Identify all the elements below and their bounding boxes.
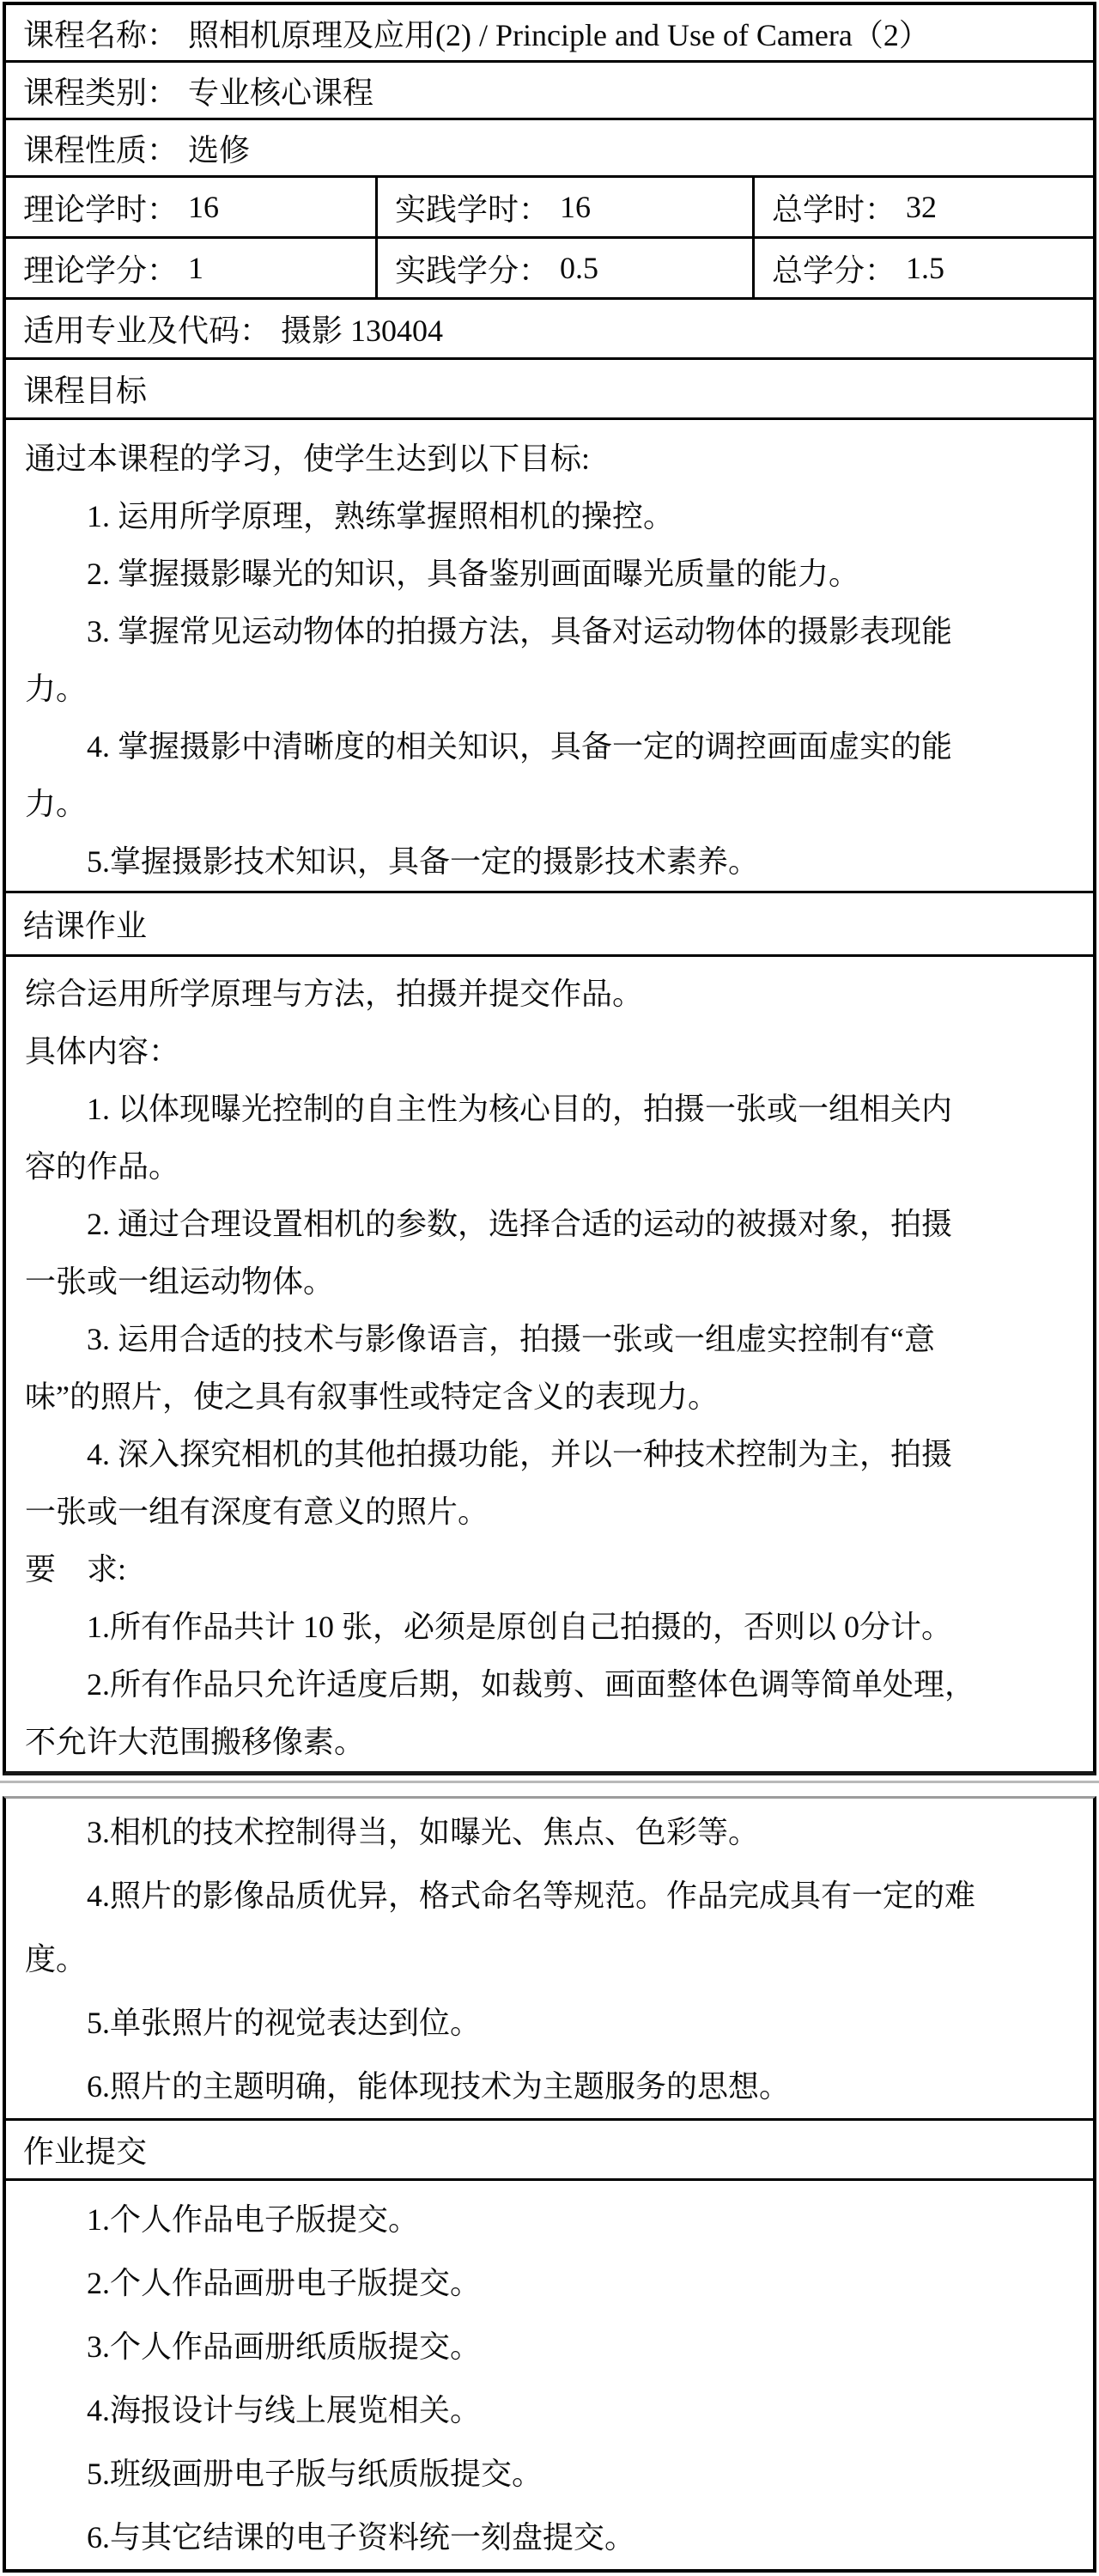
text-line: 3. 运用合适的技术与影像语言，拍摄一张或一组虚实控制有“意 xyxy=(25,1311,1074,1368)
text-line: 要 求: xyxy=(25,1541,1074,1599)
course-name-value: 照相机原理及应用(2) / Principle and Use of Camer… xyxy=(188,11,930,55)
text-line: 4. 掌握摄影中清晰度的相关知识，具备一定的调控画面虚实的能 xyxy=(25,718,1074,776)
final-assignment-content: 综合运用所学原理与方法，拍摄并提交作品。具体内容：1. 以体现曝光控制的自主性为… xyxy=(6,957,1093,1771)
practice-credits-cell: 实践学分： 0.5 xyxy=(375,239,752,297)
text-line: 一张或一组有深度有意义的照片。 xyxy=(25,1483,1074,1541)
submission-content: 1.个人作品电子版提交。2.个人作品画册电子版提交。3.个人作品画册纸质版提交。… xyxy=(6,2181,1093,2569)
theory-credits-label: 理论学分： xyxy=(23,247,178,290)
submission-header: 作业提交 xyxy=(23,2128,147,2171)
practice-hours-cell: 实践学时： 16 xyxy=(375,178,752,236)
text-line: 5.单张照片的视觉表达到位。 xyxy=(25,1991,1074,2055)
text-line: 容的作品。 xyxy=(25,1138,1074,1196)
syllabus-table-page-1: 课程名称： 照相机原理及应用(2) / Principle and Use of… xyxy=(3,2,1096,1775)
course-nature-value: 选修 xyxy=(188,126,250,170)
text-line: 通过本课程的学习，使学生达到以下目标: xyxy=(25,430,1074,488)
text-line: 2. 通过合理设置相机的参数，选择合适的运动的被摄对象，拍摄 xyxy=(25,1196,1074,1253)
syllabus-table-page-2: 3.相机的技术控制得当，如曝光、焦点、色彩等。4.照片的影像品质优异，格式命名等… xyxy=(3,1796,1096,2573)
text-line: 1.所有作品共计 10 张，必须是原创自己拍摄的，否则以 0分计。 xyxy=(25,1599,1074,1656)
text-line: 味”的照片，使之具有叙事性或特定含义的表现力。 xyxy=(25,1368,1074,1426)
text-line: 1.个人作品电子版提交。 xyxy=(25,2188,1074,2251)
text-line: 3. 掌握常见运动物体的拍摄方法，具备对运动物体的摄影表现能 xyxy=(25,603,1074,661)
text-line: 一张或一组运动物体。 xyxy=(25,1253,1074,1311)
course-objectives-header: 课程目标 xyxy=(23,367,147,411)
hours-row: 理论学时： 16 实践学时： 16 总学时： 32 xyxy=(6,178,1093,239)
applicable-major-label: 适用专业及代码： xyxy=(23,307,270,350)
text-line: 4.照片的影像品质优异，格式命名等规范。作品完成具有一定的难 xyxy=(25,1864,1074,1927)
applicable-major-row: 适用专业及代码： 摄影 130404 xyxy=(6,300,1093,360)
final-assignment-header: 结课作业 xyxy=(23,902,147,946)
theory-hours-value: 16 xyxy=(188,189,219,225)
course-nature-label: 课程性质： xyxy=(23,126,178,170)
practice-credits-label: 实践学分： xyxy=(395,247,549,290)
practice-hours-value: 16 xyxy=(560,189,591,225)
theory-credits-cell: 理论学分： 1 xyxy=(6,239,375,297)
course-category-label: 课程类别： xyxy=(23,69,178,113)
text-line: 不允许大范围搬移像素。 xyxy=(25,1714,1074,1771)
total-hours-label: 总学时： xyxy=(772,186,896,229)
submission-header-row: 作业提交 xyxy=(6,2121,1093,2181)
text-line: 4.海报设计与线上展览相关。 xyxy=(25,2378,1074,2442)
syllabus-page: 课程名称： 照相机原理及应用(2) / Principle and Use of… xyxy=(0,0,1099,2576)
course-name-label: 课程名称： xyxy=(23,11,178,55)
total-credits-value: 1.5 xyxy=(906,250,944,286)
text-line: 具体内容： xyxy=(25,1023,1074,1081)
total-credits-cell: 总学分： 1.5 xyxy=(752,239,1093,297)
text-line: 6.与其它结课的电子资料统一刻盘提交。 xyxy=(25,2506,1074,2569)
course-category-row: 课程类别： 专业核心课程 xyxy=(6,63,1093,120)
total-hours-cell: 总学时： 32 xyxy=(752,178,1093,236)
text-line: 1. 以体现曝光控制的自主性为核心目的，拍摄一张或一组相关内 xyxy=(25,1081,1074,1138)
text-line: 3.相机的技术控制得当，如曝光、焦点、色彩等。 xyxy=(25,1800,1074,1864)
theory-hours-cell: 理论学时： 16 xyxy=(6,178,375,236)
credits-row: 理论学分： 1 实践学分： 0.5 总学分： 1.5 xyxy=(6,239,1093,300)
total-credits-label: 总学分： xyxy=(772,247,896,290)
text-line: 2.个人作品画册电子版提交。 xyxy=(25,2251,1074,2315)
page-break-separator xyxy=(0,1775,1099,1796)
theory-credits-value: 1 xyxy=(188,250,203,286)
final-assignment-header-row: 结课作业 xyxy=(6,893,1093,957)
text-line: 1. 运用所学原理，熟练掌握照相机的操控。 xyxy=(25,488,1074,545)
text-line: 6.照片的主题明确，能体现技术为主题服务的思想。 xyxy=(25,2055,1074,2118)
text-line: 5.掌握摄影技术知识，具备一定的摄影技术素养。 xyxy=(25,833,1074,891)
total-hours-value: 32 xyxy=(906,189,937,225)
practice-credits-value: 0.5 xyxy=(560,250,598,286)
text-line: 5.班级画册电子版与纸质版提交。 xyxy=(25,2442,1074,2506)
applicable-major-value: 摄影 130404 xyxy=(281,307,443,350)
text-line: 4. 深入探究相机的其他拍摄功能，并以一种技术控制为主，拍摄 xyxy=(25,1426,1074,1483)
text-line: 力。 xyxy=(25,776,1074,833)
course-objectives-header-row: 课程目标 xyxy=(6,360,1093,420)
page-break-line xyxy=(0,1781,1099,1783)
text-line: 综合运用所学原理与方法，拍摄并提交作品。 xyxy=(25,965,1074,1023)
course-category-value: 专业核心课程 xyxy=(188,69,373,113)
course-name-row: 课程名称： 照相机原理及应用(2) / Principle and Use of… xyxy=(6,5,1093,63)
course-objectives-content: 通过本课程的学习，使学生达到以下目标:1. 运用所学原理，熟练掌握照相机的操控。… xyxy=(6,420,1093,893)
text-line: 力。 xyxy=(25,661,1074,718)
theory-hours-label: 理论学时： xyxy=(23,186,178,229)
text-line: 2. 掌握摄影曝光的知识，具备鉴别画面曝光质量的能力。 xyxy=(25,545,1074,603)
text-line: 3.个人作品画册纸质版提交。 xyxy=(25,2315,1074,2378)
text-line: 2.所有作品只允许适度后期，如裁剪、画面整体色调等简单处理， xyxy=(25,1656,1074,1714)
course-nature-row: 课程性质： 选修 xyxy=(6,120,1093,178)
assignment-requirements-continued: 3.相机的技术控制得当，如曝光、焦点、色彩等。4.照片的影像品质优异，格式命名等… xyxy=(6,1799,1093,2121)
text-line: 度。 xyxy=(25,1927,1074,1991)
practice-hours-label: 实践学时： xyxy=(395,186,549,229)
